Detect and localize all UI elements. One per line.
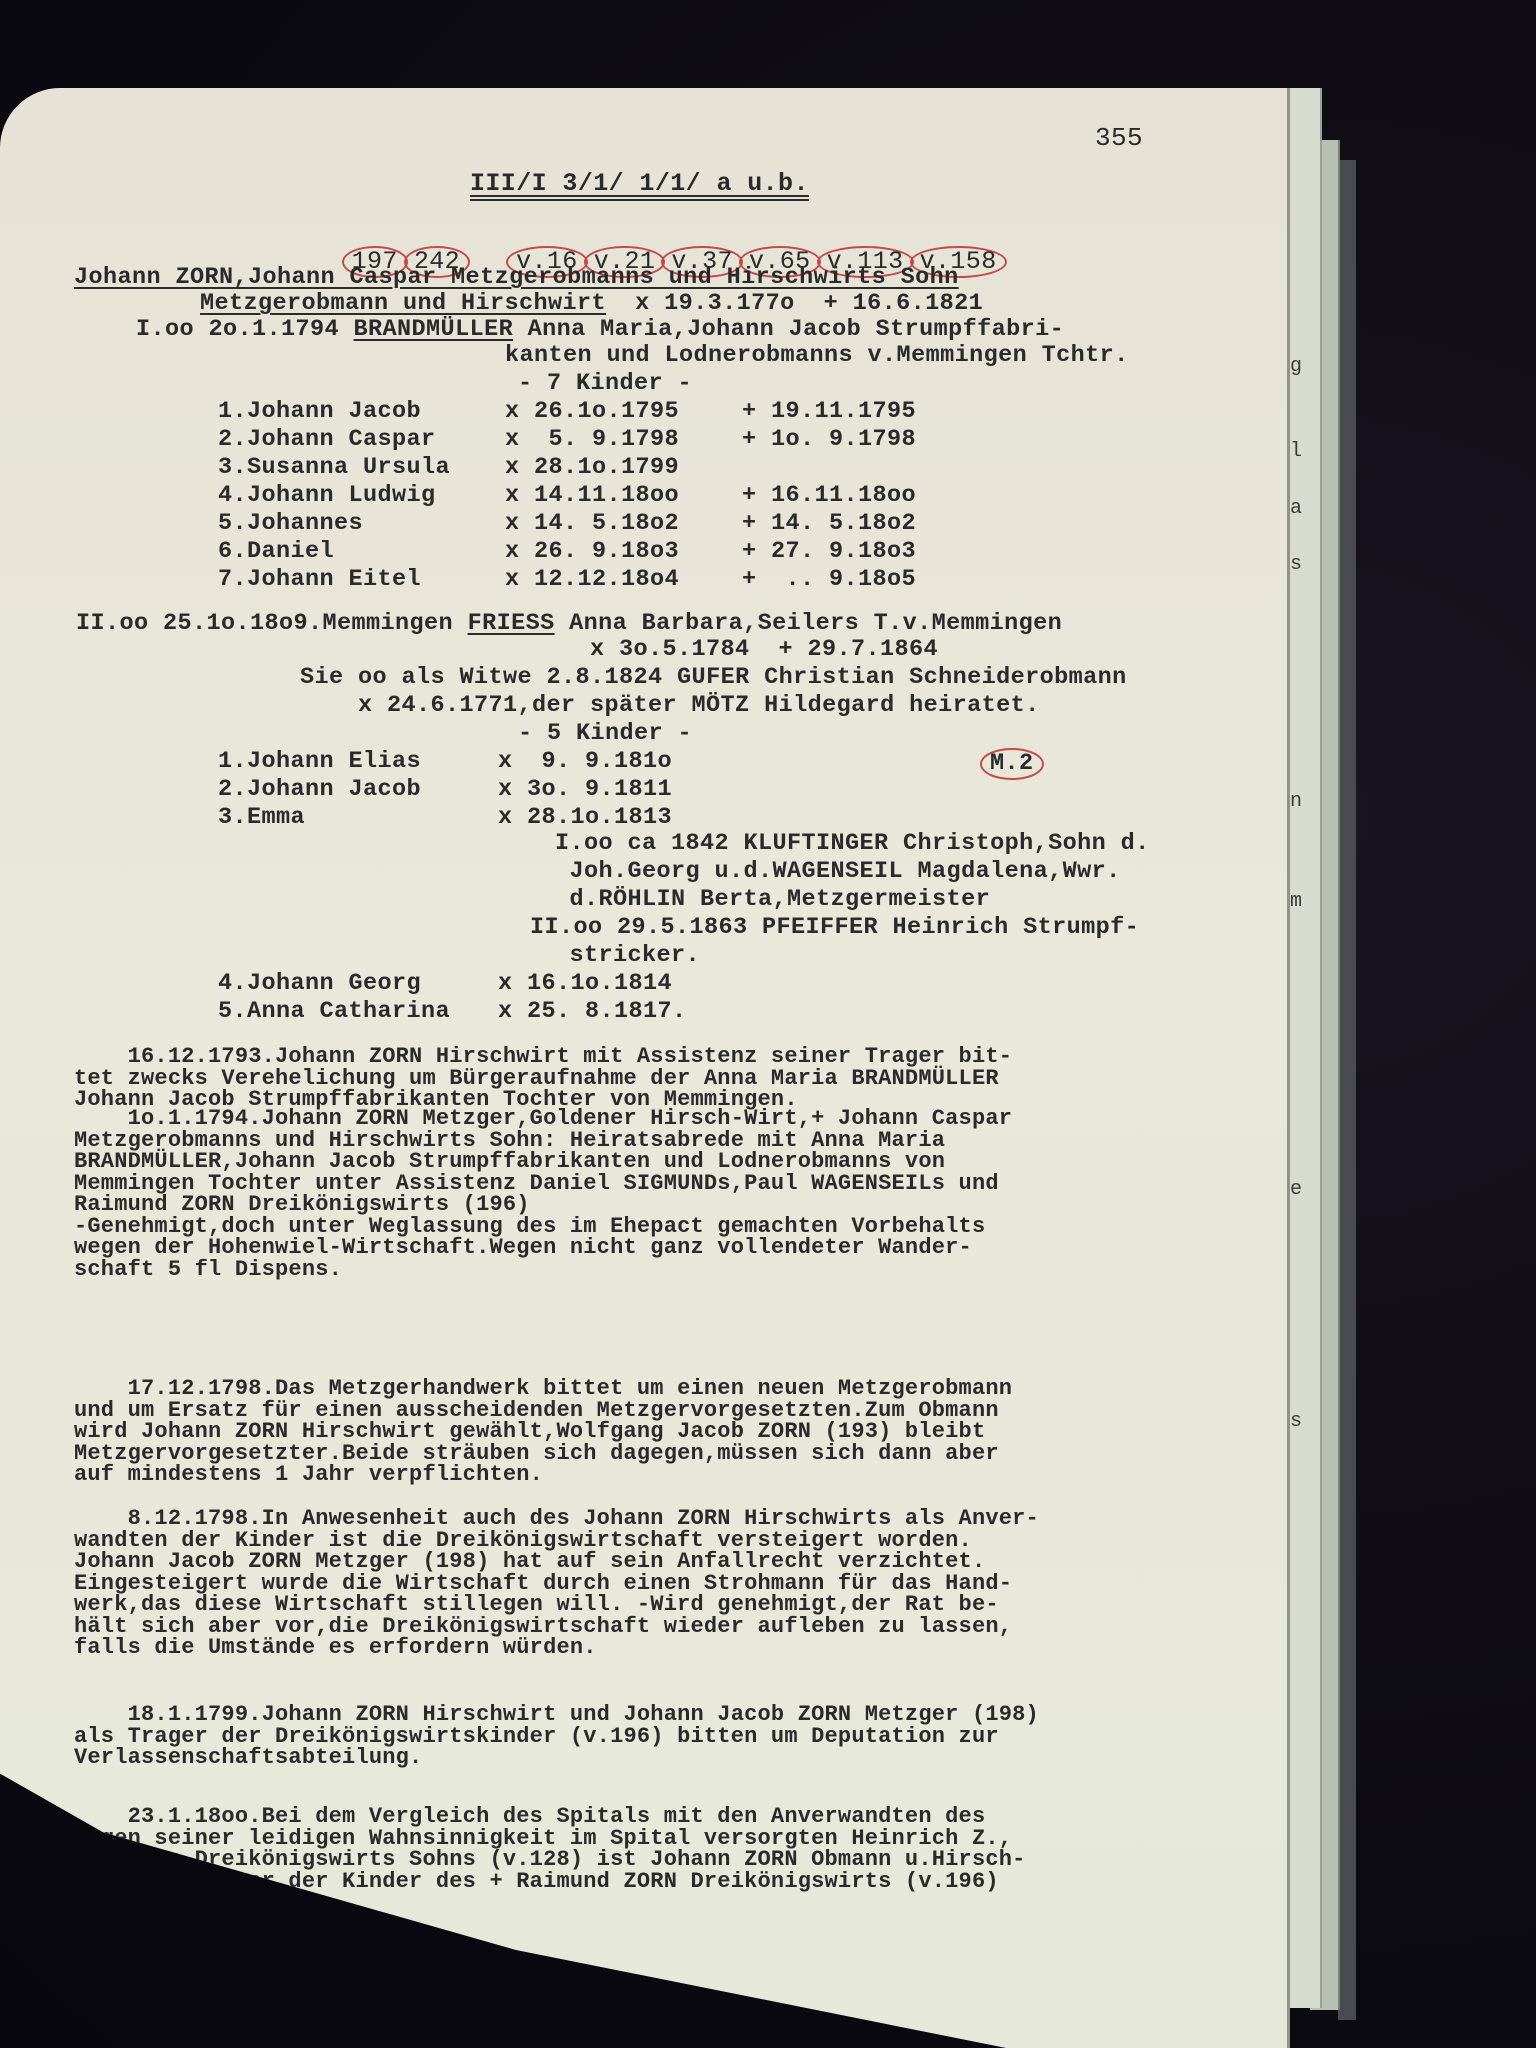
chronicle-entry: 1o.1.1794.Johann ZORN Metzger,Goldener H… bbox=[74, 1108, 1264, 1280]
child-name: 5.Anna Catharina bbox=[218, 998, 450, 1026]
child-born: x 12.12.18o4 bbox=[505, 566, 679, 594]
children-heading-2: - 5 Kinder - bbox=[518, 720, 692, 748]
child-name: 7.Johann Eitel bbox=[218, 566, 421, 594]
entry-line: wegen der Hohenwiel-Wirtschaft.Wegen nic… bbox=[74, 1237, 1264, 1259]
occupation: Metzgerobmann und Hirschwirt bbox=[200, 290, 606, 317]
entry-line: wegen seiner leidigen Wahnsinnigkeit im … bbox=[74, 1828, 1264, 1850]
margin-letter: n bbox=[1290, 790, 1302, 813]
child-name: 1.Johann Jacob bbox=[218, 398, 421, 426]
emma-marriage-line: II.oo 29.5.1863 PFEIFFER Heinrich Strump… bbox=[530, 914, 1139, 942]
widow-line-1: Sie oo als Witwe 2.8.1824 GUFER Christia… bbox=[300, 664, 1127, 692]
entry-line: -Genehmigt,doch unter Weglassung des im … bbox=[74, 1216, 1264, 1238]
child-name: 4.Johann Ludwig bbox=[218, 482, 436, 510]
marriage-1-line-1: I.oo 2o.1.1794 BRANDMÜLLER Anna Maria,Jo… bbox=[136, 316, 1064, 344]
entry-line: 18.1.1799.Johann ZORN Hirschwirt und Joh… bbox=[74, 1704, 1264, 1726]
margin-letter: e bbox=[1290, 1178, 1302, 1201]
chronicle-entry: 23.1.18oo.Bei dem Vergleich des Spitals … bbox=[74, 1806, 1264, 1914]
entry-line: schaft 5 fl Dispens. bbox=[74, 1259, 1264, 1281]
child-born: x 26.1o.1795 bbox=[505, 398, 679, 426]
child-born: x 14. 5.18o2 bbox=[505, 510, 679, 538]
emma-marriage-line: d.RÖHLIN Berta,Metzgermeister bbox=[555, 886, 990, 914]
child-name: 6.Daniel bbox=[218, 538, 334, 566]
entry-line: wirt als Trager der Kinder des + Raimund… bbox=[74, 1871, 1264, 1893]
child-born: x 28.1o.1813 bbox=[498, 804, 672, 832]
entry-line: auf mindestens 1 Jahr verpflichten. bbox=[74, 1464, 1264, 1486]
chronicle-entry: 16.12.1793.Johann ZORN Hirschwirt mit As… bbox=[74, 1046, 1264, 1111]
margin-letter: s bbox=[1290, 553, 1302, 576]
child-name: 3.Emma bbox=[218, 804, 305, 832]
margin-letter: s bbox=[1290, 1410, 1302, 1433]
chronicle-entry: 18.1.1799.Johann ZORN Hirschwirt und Joh… bbox=[74, 1704, 1264, 1769]
margin-letter: m bbox=[1290, 890, 1302, 913]
child-born: x 26. 9.18o3 bbox=[505, 538, 679, 566]
children-heading-1: - 7 Kinder - bbox=[518, 370, 692, 398]
signature-heading: III/I 3/1/ 1/1/ a u.b. bbox=[470, 170, 809, 198]
entry-line: werk,das diese Wirtschaft stillegen will… bbox=[74, 1594, 1264, 1616]
marriage-2-date: II.oo 25.1o.18o9.Memmingen bbox=[76, 610, 468, 637]
life-dates: x 19.3.177o + 16.6.1821 bbox=[635, 290, 983, 317]
margin-letter: l bbox=[1290, 440, 1302, 463]
child-name: 3.Susanna Ursula bbox=[218, 454, 450, 482]
widow-line-2: x 24.6.1771,der später MÖTZ Hildegard he… bbox=[358, 692, 1040, 720]
entry-line: 1o.1.1794.Johann ZORN Metzger,Goldener H… bbox=[74, 1108, 1264, 1130]
marriage-1-date: I.oo 2o.1.1794 bbox=[136, 316, 354, 343]
entry-line: 16.12.1793.Johann ZORN Hirschwirt mit As… bbox=[74, 1046, 1264, 1068]
child-died: + 19.11.1795 bbox=[742, 398, 916, 426]
child-born: x 9. 9.181o bbox=[498, 748, 672, 776]
adjacent-page-letters: glasnmes bbox=[1286, 0, 1316, 2048]
emma-marriage-line: stricker. bbox=[555, 942, 700, 970]
header-line-2: Metzgerobmann und Hirschwirt x 19.3.177o… bbox=[200, 290, 983, 318]
child-died: + 14. 5.18o2 bbox=[742, 510, 916, 538]
spouse-surname: BRANDMÜLLER bbox=[354, 316, 514, 343]
entry-line: Verlassenschaftsabteilung. bbox=[74, 1747, 1264, 1769]
entry-line: 8.12.1798.In Anwesenheit auch des Johann… bbox=[74, 1508, 1264, 1530]
child-born: x 3o. 9.1811 bbox=[498, 776, 672, 804]
child-name: 2.Johann Caspar bbox=[218, 426, 436, 454]
entry-line: Memmingen Tochter unter Assistenz Daniel… bbox=[74, 1173, 1264, 1195]
document-page: 355 III/I 3/1/ 1/1/ a u.b. 197242v.16v.2… bbox=[0, 88, 1290, 2048]
child-name: 1.Johann Elias bbox=[218, 748, 421, 776]
entry-line: Eingesteigert wurde die Wirtschaft durch… bbox=[74, 1573, 1264, 1595]
emma-marriage-line: I.oo ca 1842 KLUFTINGER Christoph,Sohn d… bbox=[555, 830, 1150, 858]
entry-line: 17.12.1798.Das Metzgerhandwerk bittet um… bbox=[74, 1378, 1264, 1400]
child-name: 4.Johann Georg bbox=[218, 970, 421, 998]
entry-line: tet zwecks Verehelichung um Bürgeraufnah… bbox=[74, 1068, 1264, 1090]
child-born: x 16.1o.1814 bbox=[498, 970, 672, 998]
spouse-details: Anna Barbara,Seilers T.v.Memmingen bbox=[555, 610, 1063, 637]
chronicle-entry: 8.12.1798.In Anwesenheit auch des Johann… bbox=[74, 1508, 1264, 1659]
child-born: x 5. 9.1798 bbox=[505, 426, 679, 454]
child-died: + 16.11.18oo bbox=[742, 482, 916, 510]
entry-line: 23.1.18oo.Bei dem Vergleich des Spitals … bbox=[74, 1806, 1264, 1828]
child-name: 5.Johannes bbox=[218, 510, 363, 538]
back-page-edge bbox=[1338, 160, 1356, 2020]
child-born: x 14.11.18oo bbox=[505, 482, 679, 510]
child-born: x 25. 8.1817. bbox=[498, 998, 687, 1026]
entry-line: wird Johann ZORN Hirschwirt gewählt,Wolf… bbox=[74, 1421, 1264, 1443]
spouse-details: Anna Maria,Johann Jacob Strumpffabri- bbox=[513, 316, 1064, 343]
marriage-1-line-2: kanten und Lodnerobmanns v.Memmingen Tch… bbox=[505, 342, 1129, 370]
marriage-2-dates: x 3o.5.1784 + 29.7.1864 bbox=[590, 636, 938, 664]
entry-line: genannt. bbox=[74, 1892, 1264, 1914]
marriage-2-line-1: II.oo 25.1o.18o9.Memmingen FRIESS Anna B… bbox=[76, 610, 1062, 638]
entry-line: wandten der Kinder ist die Dreikönigswir… bbox=[74, 1530, 1264, 1552]
entry-line: Metzgerobmanns und Hirschwirts Sohn: Hei… bbox=[74, 1130, 1264, 1152]
child-died: + 1o. 9.1798 bbox=[742, 426, 916, 454]
entry-line: Metzgervorgesetzter.Beide sträuben sich … bbox=[74, 1443, 1264, 1465]
spouse-surname: FRIESS bbox=[468, 610, 555, 637]
entry-line: falls die Umstände es erfordern würden. bbox=[74, 1637, 1264, 1659]
emma-marriage-line: Joh.Georg u.d.WAGENSEIL Magdalena,Wwr. bbox=[555, 858, 1121, 886]
margin-letter: a bbox=[1290, 497, 1302, 520]
entry-line: hält sich aber vor,die Dreikönigswirtsch… bbox=[74, 1616, 1264, 1638]
entry-line: als Trager der Dreikönigswirtskinder (v.… bbox=[74, 1726, 1264, 1748]
entry-line: Raimund ZORN Dreikönigswirts (196) bbox=[74, 1194, 1264, 1216]
child-died: + .. 9.18o5 bbox=[742, 566, 916, 594]
entry-line: und um Ersatz für einen ausscheidenden M… bbox=[74, 1400, 1264, 1422]
entry-line: + Johann Dreikönigswirts Sohns (v.128) i… bbox=[74, 1849, 1264, 1871]
chronicle-entry: 17.12.1798.Das Metzgerhandwerk bittet um… bbox=[74, 1378, 1264, 1486]
entry-line: BRANDMÜLLER,Johann Jacob Strumpffabrikan… bbox=[74, 1151, 1264, 1173]
child-name: 2.Johann Jacob bbox=[218, 776, 421, 804]
child-died: + 27. 9.18o3 bbox=[742, 538, 916, 566]
marginal-ref: M.2 bbox=[980, 748, 1040, 780]
marginal-ref-circle: M.2 bbox=[980, 748, 1044, 780]
header-line-1: Johann ZORN,Johann Caspar Metzgerobmanns… bbox=[74, 264, 959, 292]
child-born: x 28.1o.1799 bbox=[505, 454, 679, 482]
entry-line: Johann Jacob ZORN Metzger (198) hat auf … bbox=[74, 1551, 1264, 1573]
page-number: 355 bbox=[1095, 124, 1143, 152]
margin-letter: g bbox=[1290, 355, 1302, 378]
